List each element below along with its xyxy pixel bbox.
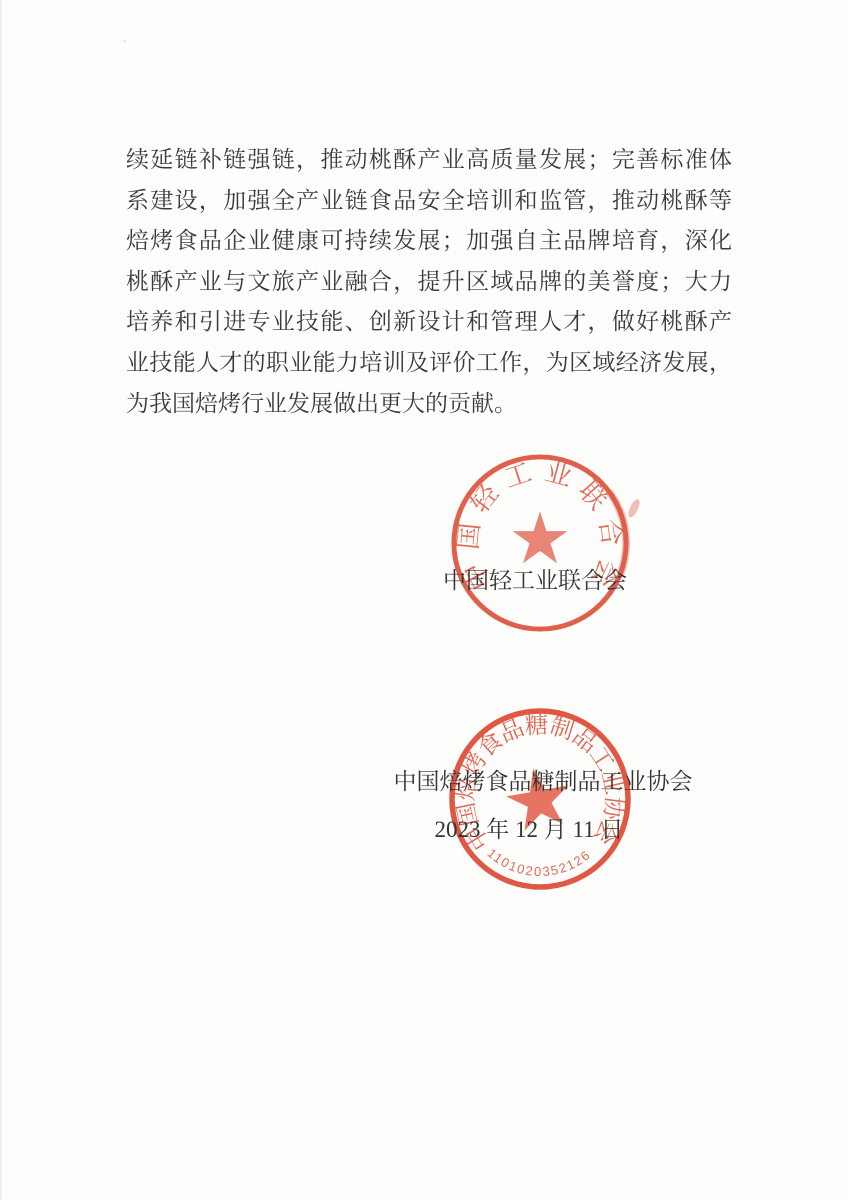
scan-edge-artifact [0, 0, 3, 1200]
seal-ink-blob [626, 498, 642, 519]
org-name-baking-association: 中国焙烤食品糖制品工业协会 [394, 763, 693, 796]
text-line: 焙烤食品企业健康可持续发展；加强自主品牌培育，深化 [126, 221, 732, 262]
document-date: 2023 年 12 月 11 日 [435, 811, 624, 844]
seal-china-light-industry-council: 中国轻工业联合会 [446, 449, 634, 637]
text-line: 系建设，加强全产业链食品安全培训和监管，推动桃酥等 [126, 181, 732, 222]
star-icon [513, 511, 568, 563]
paragraph: 续延链补链强链，推动桃酥产业高质量发展；完善标准体 系建设，加强全产业链食品安全… [126, 140, 732, 424]
text-line: 为我国焙烤行业发展做出更大的贡献。 [126, 384, 732, 425]
text-line: 续延链补链强链，推动桃酥产业高质量发展；完善标准体 [126, 140, 732, 181]
seal-china-baking-confectionery-association: 中国焙烤食品糖制品工业协会 1101020352126 [444, 703, 636, 895]
text-line: 桃酥产业与文旅产业融合，提升区域品牌的美誉度；大力 [126, 262, 732, 303]
org-name-light-industry: 中国轻工业联合会 [443, 562, 627, 595]
document-page: 续延链补链强链，推动桃酥产业高质量发展；完善标准体 系建设，加强全产业链食品安全… [0, 0, 848, 1200]
text-line: 培养和引进专业技能、创新设计和管理人才，做好桃酥产 [126, 302, 732, 343]
seal-serial-text-path: 1101020352126 [484, 845, 592, 879]
scan-dust-artifact [123, 40, 126, 43]
text-line: 业技能人才的职业能力培训及评价工作，为区域经济发展， [126, 343, 732, 384]
seal-serial-number: 1101020352126 [484, 845, 592, 879]
